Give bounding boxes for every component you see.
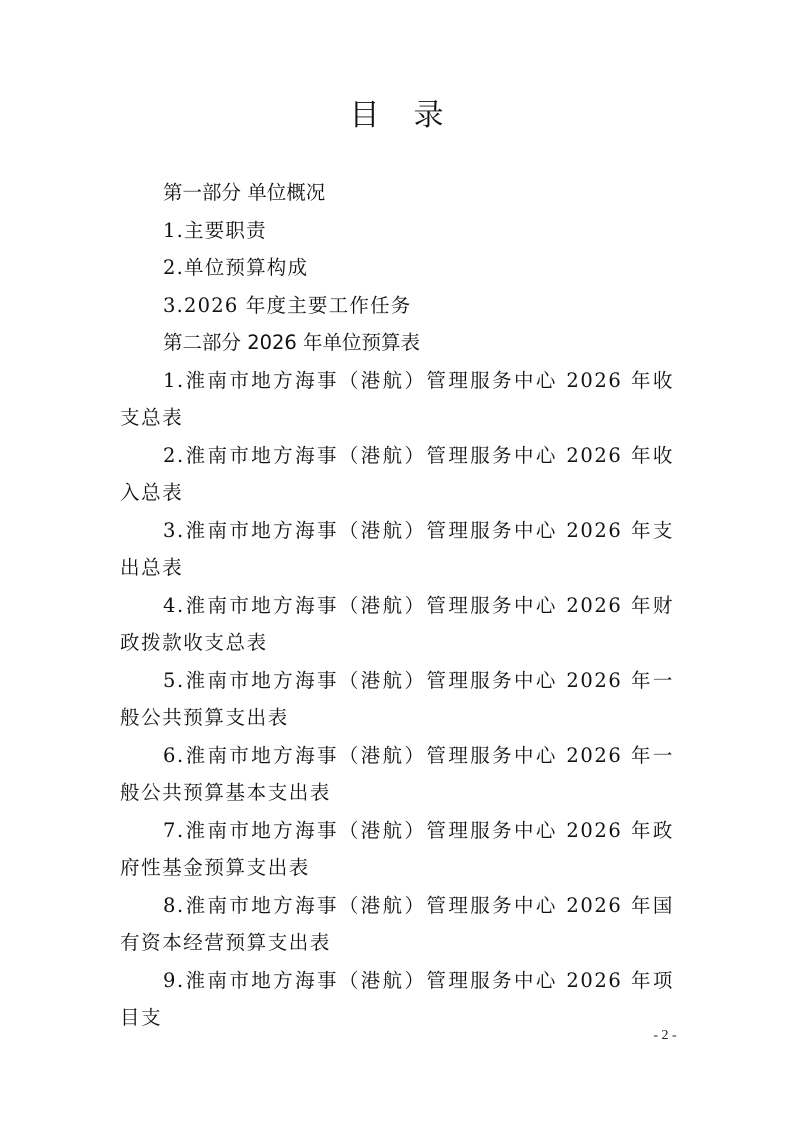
toc-item[interactable]: 5.淮南市地方海事（港航）管理服务中心 2026 年一般公共预算支出表: [120, 662, 674, 737]
toc-item[interactable]: 9.淮南市地方海事（港航）管理服务中心 2026 年项目支: [120, 962, 674, 1037]
title-char: 录: [414, 96, 444, 136]
document-page: 目录 第一部分 单位概况 1.主要职责 2.单位预算构成 3.2026 年度主要…: [0, 0, 793, 1122]
page-title: 目录: [0, 96, 793, 136]
toc-part2-heading[interactable]: 第二部分 2026 年单位预算表: [120, 324, 674, 362]
toc-item[interactable]: 1.主要职责: [120, 212, 674, 250]
table-of-contents: 第一部分 单位概况 1.主要职责 2.单位预算构成 3.2026 年度主要工作任…: [120, 174, 674, 1037]
toc-item[interactable]: 2.单位预算构成: [120, 249, 674, 287]
toc-item[interactable]: 7.淮南市地方海事（港航）管理服务中心 2026 年政府性基金预算支出表: [120, 812, 674, 887]
toc-item[interactable]: 4.淮南市地方海事（港航）管理服务中心 2026 年财政拨款收支总表: [120, 587, 674, 662]
toc-item[interactable]: 2.淮南市地方海事（港航）管理服务中心 2026 年收入总表: [120, 437, 674, 512]
toc-item[interactable]: 3.2026 年度主要工作任务: [120, 287, 674, 325]
page-number: - 2 -: [640, 1026, 690, 1046]
toc-item[interactable]: 8.淮南市地方海事（港航）管理服务中心 2026 年国有资本经营预算支出表: [120, 887, 674, 962]
toc-item[interactable]: 6.淮南市地方海事（港航）管理服务中心 2026 年一般公共预算基本支出表: [120, 737, 674, 812]
toc-item[interactable]: 1.淮南市地方海事（港航）管理服务中心 2026 年收支总表: [120, 362, 674, 437]
toc-part1-heading[interactable]: 第一部分 单位概况: [120, 174, 674, 212]
title-char: 目: [350, 96, 380, 136]
toc-item[interactable]: 3.淮南市地方海事（港航）管理服务中心 2026 年支出总表: [120, 512, 674, 587]
